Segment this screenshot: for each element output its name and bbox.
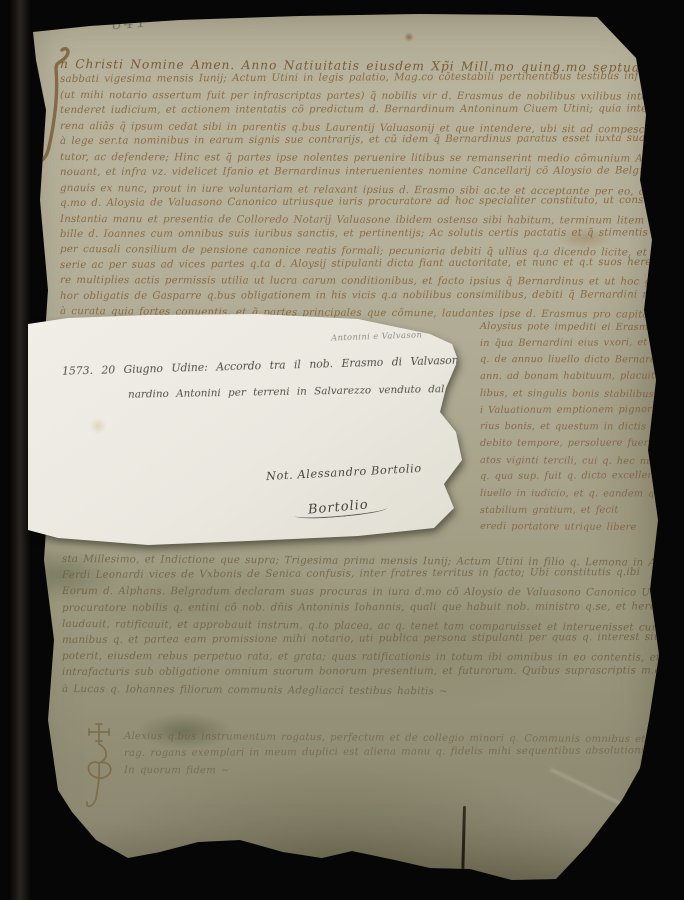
book-gutter-shadow [8,0,30,900]
main-text-upper-block: n Christi Nomine Amen. Anno Natiuitatis … [60,57,664,320]
manuscript-line: Alexius q.bus instrumentum rogatus, perf… [124,729,654,749]
manuscript-line: intrafacturis sub obligatione omnium suo… [62,663,662,681]
slip-paper: Antonini e Valvason 1573. 20 Giugno Udin… [28,314,486,545]
manuscript-line: sta Millesimo, et Indictione que supra; … [62,551,662,571]
manuscript-line: q.mo d. Aloysia de Valuasono Canonico ut… [60,193,664,212]
manuscript-line: Aloysius pote impediti ei Erasmi [480,319,668,337]
manuscript-line: (ut mihi notario assertum fuit per infra… [60,88,664,105]
main-text-lower-block: sta Millesimo, et Indictione que supra; … [62,551,662,697]
slip-regest-line-1: 1573. 20 Giugno Udine: Accordo tra il no… [62,351,549,378]
slip-signature: Bortolio [307,497,369,517]
manuscript-line: bille d. Ioannes cum omnibus suis iuribu… [60,225,664,242]
manuscript-line: gnauis ex nunc, prout in iure voluntaria… [60,181,664,200]
manuscript-line: q. de annuo liuello dicto Bernardino [480,352,668,369]
slip-notary-name: Not. Alessandro Bortolio [266,462,422,483]
manuscript-line: à Lucas q. Iohannes filiorum communis Ad… [62,681,662,701]
text-fragment-right-of-slip: Aloysius pote impediti ei Erasmi in q̃ua… [480,319,668,536]
manuscript-line: rena aliãs q̃ ipsum cedat sibi in parent… [60,119,664,138]
manuscript-line: rius bonis, et questum in dictis bene- [480,419,668,436]
notary-cross-sign-icon [80,721,118,813]
manuscript-line: Eorum d. Alphans. Belgradum declaram sua… [62,583,662,601]
slip-pencil-note: Antonini e Valvason [331,329,423,342]
manuscript-line: tutor, ac defendere; Hinc est q̃ partes … [60,150,664,167]
manuscript-line: liuello in iudicio, et q. eandem que- [480,486,668,503]
manuscript-line: poterit, eiusdem rebus perpetuo rata, et… [62,648,662,666]
manuscript-line: i Valuationum emptionem pignoris [480,402,668,420]
manuscript-line: nouant, et infra vz. videlicet Ifanio et… [60,164,664,181]
manuscript-line: hor obligatis de Gasparre q.bus obligati… [60,287,664,304]
notary-subscription-block: Alexius q.bus instrumentum rogatus, perf… [124,729,654,779]
manuscript-line: sabbati vigesima mensis Iunij; Actum Uti… [60,69,664,88]
manuscript-line: in q̃ua Bernardini eius vxori, et [480,335,668,353]
manuscript-line: eredi portatore utrique libere [480,519,668,537]
manuscript-line: Instantia manu et presentia de Colloredo… [60,212,664,229]
manuscript-line: ann. ad bonam habituum, placuit [480,369,668,386]
manuscript-line: In quorum fidem ~ [124,763,654,781]
manuscript-line: serie ac per suas ad vices partes q.ta d… [60,255,664,274]
manuscript-line: tenderet iudicium, et actionem intentati… [60,102,664,119]
manuscript-line: atos viginti tercili, cui q. hec nulla [480,453,668,471]
fold-crease [550,768,650,819]
manuscript-line: n Christi Nomine Amen. Anno Natiuitatis … [60,57,664,76]
manuscript-line: rag. rogans exemplari in meum duplici es… [124,743,654,763]
illuminated-initial-I [32,44,74,174]
manuscript-line: libus, et singulis bonis stabilibus, et [480,386,668,404]
manuscript-line: re multiplies actis permissis utilia ut … [60,273,664,290]
manuscript-line: laudauit, ratificauit, et approbauit ins… [62,616,662,636]
manuscript-line: per causali consilium de pensione canoni… [60,242,664,261]
manuscript-line: manibus q. et partea eam promissione mih… [62,629,662,648]
manuscript-line: stabilium gratium, et fecit [480,502,668,519]
parchment-slit [461,806,466,882]
manuscript-line: Ferdi Leonardi vices de Vxbonis de Senic… [62,564,662,583]
pasted-archivist-slip: Antonini e Valvason 1573. 20 Giugno Udin… [28,314,486,545]
archival-number: 841 [111,12,149,33]
photo-stage: 841 n Christi Nomine Amen. Anno Natiuita… [0,0,684,900]
manuscript-line: q. qua sup. fuit q. dicto excellente [480,468,668,486]
manuscript-line: procuratore nobilis q. entini cõ nob. dñ… [62,598,662,616]
manuscript-line: debito tempore, persoluere fuerit [480,435,668,452]
manuscript-line: à lege ser.ta nominibus in earum signis … [60,131,664,150]
